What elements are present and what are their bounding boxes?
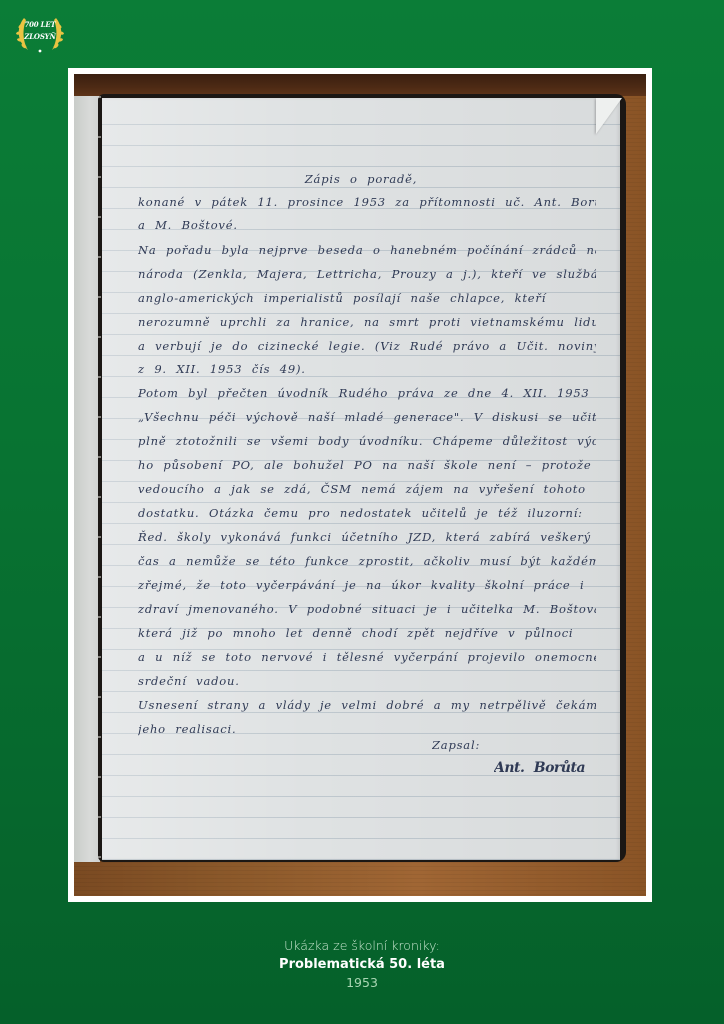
wood-backdrop — [74, 74, 646, 96]
text-line: a verbují je do cizinecké legie. (Viz Ru… — [138, 339, 596, 353]
text-line: čas a nemůže se této funkce zprostit, ač… — [138, 554, 596, 568]
signature: Ant. Borůta — [494, 760, 596, 776]
text-line: Potom byl přečten úvodník Rudého práva z… — [138, 386, 596, 400]
text-line: Řed. školy vykonává funkci účetního JZD,… — [138, 530, 596, 544]
logo: 700 LET ZLOSYŇ — [14, 12, 66, 56]
text-line: konané v pátek 11. prosince 1953 za přít… — [138, 195, 596, 209]
document-title: Zápis o poradě, — [102, 172, 620, 186]
spine-stitching — [98, 96, 101, 862]
logo-text-line2: ZLOSYŇ — [14, 32, 66, 41]
text-line: plně ztotožnili se všemi body úvodníku. … — [138, 434, 596, 448]
text-line: zřejmé, že toto vyčerpávání je na úkor k… — [138, 578, 596, 592]
text-line: „Všechnu péči výchově naší mladé generac… — [138, 410, 596, 424]
text-line: dostatku. Otázka čemu pro nedostatek uči… — [138, 506, 596, 520]
notebook-page: Zápis o poradě, konané v pátek 11. prosi… — [102, 98, 620, 860]
text-line: která již po mnoho let denně chodí zpět … — [138, 626, 596, 640]
text-line: a M. Boštové. — [138, 218, 596, 232]
text-line: srdeční vadou. — [138, 674, 596, 688]
text-line: zdraví jmenovaného. V podobné situaci je… — [138, 602, 596, 616]
text-line: národa (Zenkla, Majera, Lettricha, Prouz… — [138, 267, 596, 281]
logo-text-line1: 700 LET — [14, 20, 66, 29]
signed-label: Zapsal: — [432, 738, 596, 752]
chronicle-photo: Zápis o poradě, konané v pátek 11. prosi… — [74, 74, 646, 896]
left-page-edge — [74, 96, 100, 862]
text-line: jeho realisaci. — [138, 722, 596, 736]
handwritten-text: Zápis o poradě, konané v pátek 11. prosi… — [102, 98, 620, 860]
photo-frame: Zápis o poradě, konané v pátek 11. prosi… — [68, 68, 652, 902]
caption-year: 1953 — [0, 975, 724, 990]
text-line: anglo-amerických imperialistů posílají n… — [138, 291, 596, 305]
text-line: Na pořadu byla nejprve beseda o hanebném… — [138, 243, 596, 257]
caption-subtitle: Ukázka ze školní kroniky: — [0, 938, 724, 953]
text-line: Usnesení strany a vlády je velmi dobré a… — [138, 698, 596, 712]
text-line: nerozumně uprchli za hranice, na smrt pr… — [138, 315, 596, 329]
text-line: a u níž se toto nervové i tělesné vyčerp… — [138, 650, 596, 664]
text-line: z 9. XII. 1953 čís 49). — [138, 362, 596, 376]
caption-title: Problematická 50. léta — [0, 957, 724, 972]
text-line: ho působení PO, ale bohužel PO na naší š… — [138, 458, 596, 472]
text-line: vedoucího a jak se zdá, ČSM nemá zájem n… — [138, 482, 596, 496]
